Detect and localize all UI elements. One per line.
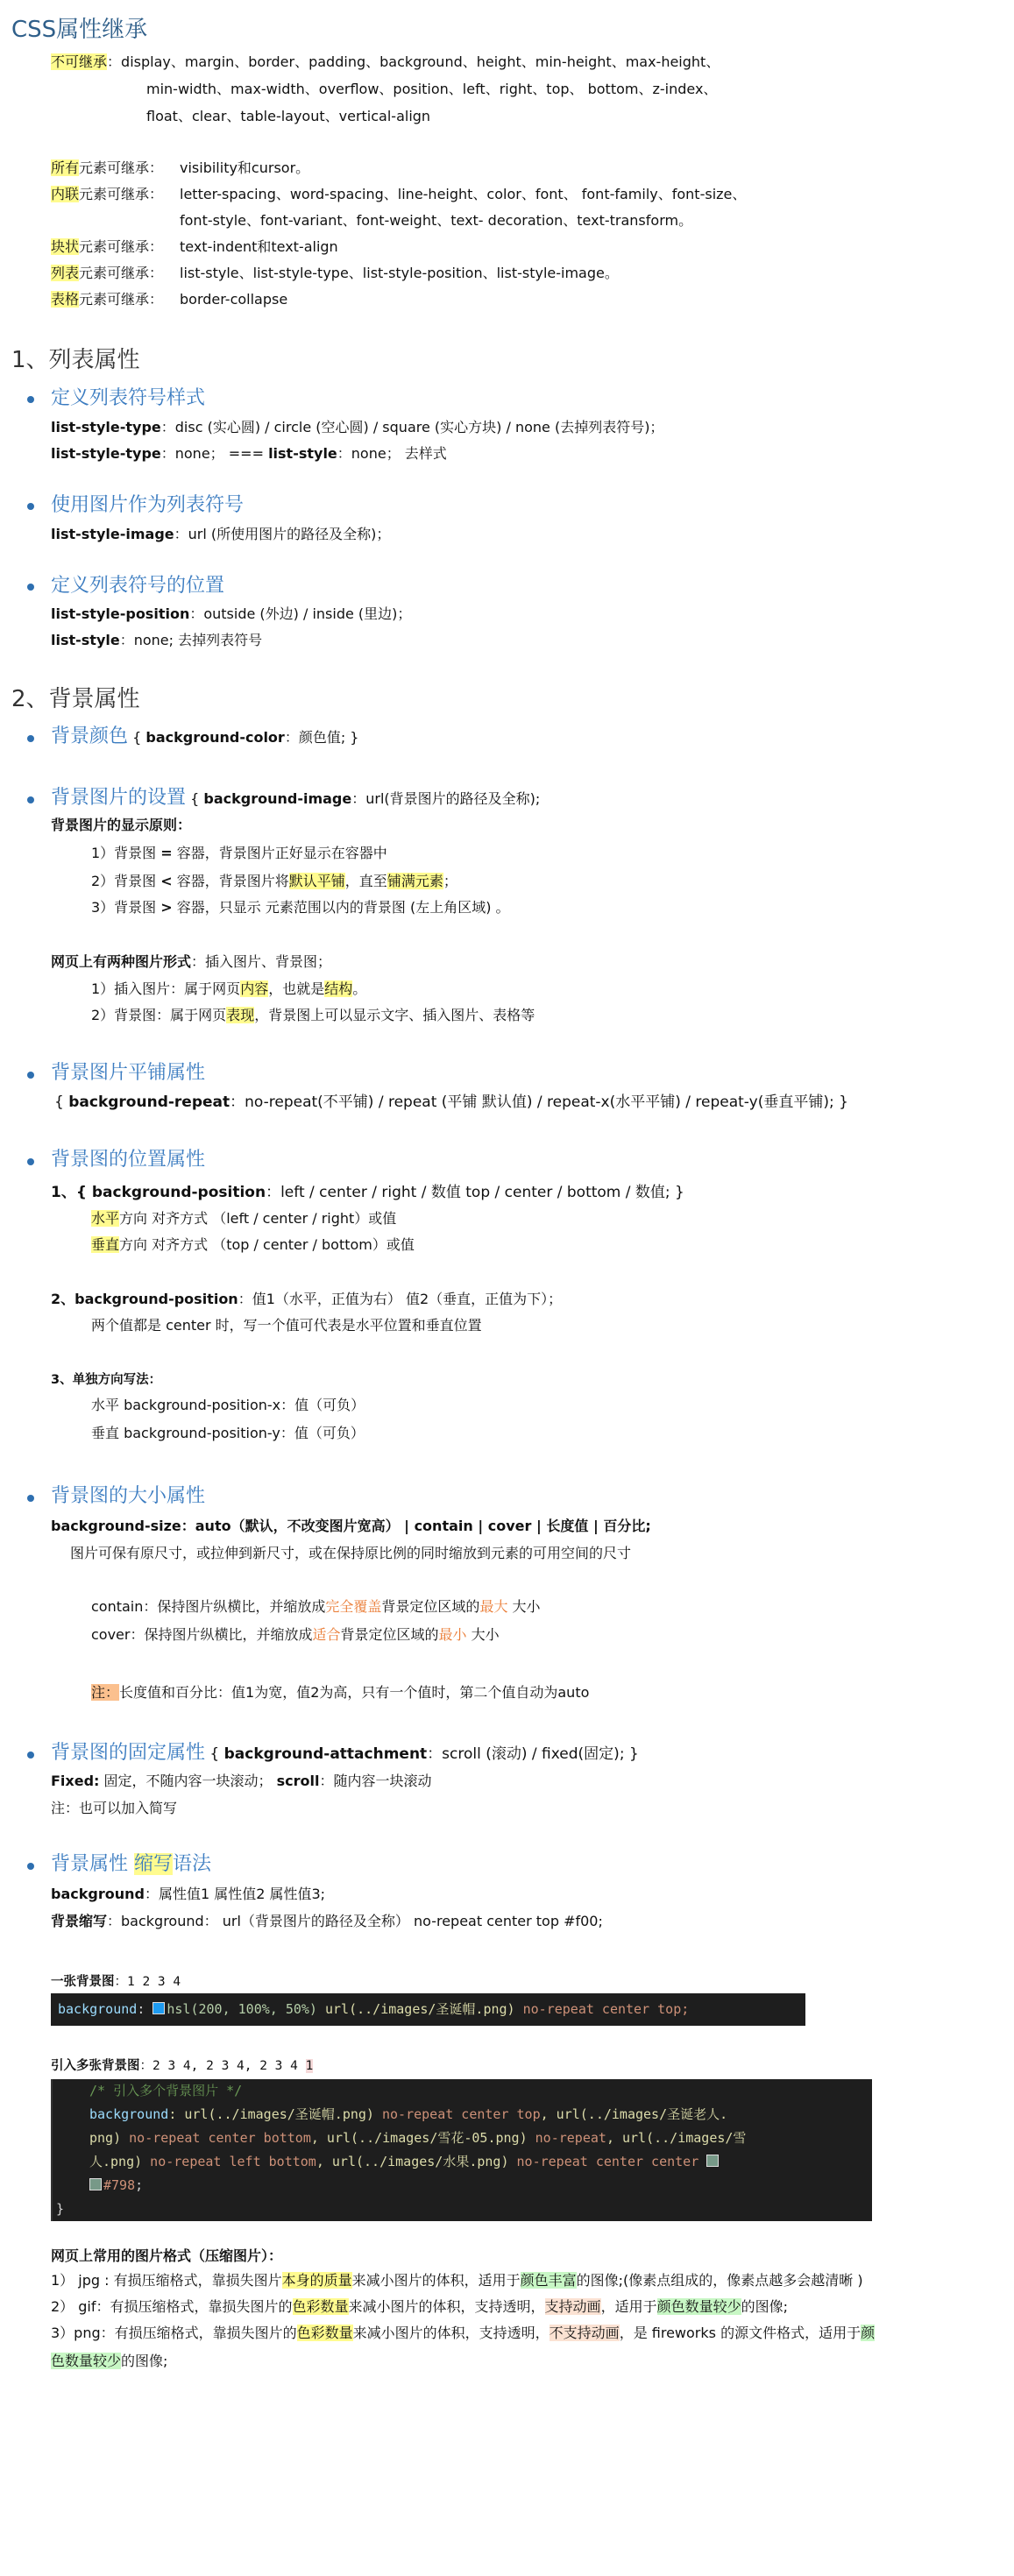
text: 1） jpg : 有损压缩格式，靠损失图片 xyxy=(51,2272,282,2289)
code-block-multi: /* 引入多个背景图片 */ background: url(../images… xyxy=(51,2079,872,2221)
label: 引入多张背景图 xyxy=(51,2059,140,2073)
highlight: 铺满元素 xyxy=(387,873,443,889)
color-swatch-icon xyxy=(706,2155,719,2167)
code-line-4: #798; xyxy=(53,2174,872,2197)
code-url: png) xyxy=(89,2130,121,2146)
label: 元素可继承： xyxy=(79,238,163,255)
property-key: background-position xyxy=(92,1184,266,1201)
not-inherit-line-2: min-width、max-width、overflow、position、le… xyxy=(146,79,717,100)
property-key-2: list-style xyxy=(268,445,337,462)
bg-size-desc: 图片可保有原尺寸，或拉伸到新尺寸，或在保持原比例的同时缩放到元素的可用空间的尺寸 xyxy=(70,1543,631,1564)
highlight: 垂直 xyxy=(91,1236,119,1253)
text: ，适用于 xyxy=(601,2298,657,2315)
text: 语法 xyxy=(173,1853,211,1875)
code-line-3: 人.png) no-repeat left bottom, url(../ima… xyxy=(53,2150,872,2174)
text: 来减小图片的体积，适用于 xyxy=(352,2272,521,2289)
bg-position-line-1: 1、{ background-position：left / center / … xyxy=(51,1182,684,1203)
text: 容器，背景图片将 xyxy=(173,873,289,889)
text: 大小 xyxy=(507,1598,540,1615)
code-url: url(../images/圣诞帽.png) xyxy=(317,2001,515,2017)
highlight: 色数量较少 xyxy=(51,2353,121,2369)
highlight: 不支持动画 xyxy=(550,2325,620,2341)
section-heading-list: 1、列表属性 xyxy=(11,345,140,375)
code-comment: /* 引入多个背景图片 */ xyxy=(89,2083,242,2098)
property-value: ：none; 去掉列表符号 xyxy=(120,632,262,648)
emphasis: 最小 xyxy=(439,1626,467,1643)
scroll-text: ：随内容一块滚动 xyxy=(319,1773,431,1789)
code-line-1: background: url(../images/圣诞帽.png) no-re… xyxy=(53,2103,872,2127)
property-value: ：none； === xyxy=(161,445,268,462)
subheading-bg-color: 背景颜色 xyxy=(51,725,128,747)
code-line-close: } xyxy=(53,2197,872,2221)
hl-label: 内联 xyxy=(51,186,79,202)
bullet-icon xyxy=(27,1072,34,1079)
image-form-1: 1）插入图片：属于网页内容，也就是结构。 xyxy=(91,979,366,1000)
text: ，背景图上可以显示文字、插入图片、表格等 xyxy=(254,1007,535,1023)
inherit-row-inline-value: letter-spacing、word-spacing、line-height、… xyxy=(180,184,746,205)
subheading-list-style-position: 定义列表符号的位置 xyxy=(51,573,224,599)
code-line-comment: /* 引入多个背景图片 */ xyxy=(53,2079,872,2103)
bullet-icon xyxy=(27,396,34,403)
text: 的图像;(像素点组成的，像素点越多会越清晰 ) xyxy=(577,2272,863,2289)
property-value: ：值1（水平，正值为右） 值2（垂直，正值为下）； xyxy=(238,1291,562,1307)
label: 元素可继承： xyxy=(79,186,163,202)
text: 2）背景图：属于网页 xyxy=(91,1007,226,1023)
inherit-row-all-value: visibility和cursor。 xyxy=(180,158,309,179)
highlight: 内容 xyxy=(240,980,268,997)
code-url: 人.png) xyxy=(89,2154,142,2169)
bg-repeat-line: { background-repeat：no-repeat(不平铺) / rep… xyxy=(54,1092,848,1113)
label: 网页上有两种图片形式 xyxy=(51,953,191,970)
text: 2） gif：有损压缩格式，靠损失图片的 xyxy=(51,2298,293,2315)
fixed-text: 固定，不随内容一块滚动； xyxy=(99,1773,276,1789)
highlight: 水平 xyxy=(91,1210,119,1227)
subheading-bg-repeat: 背景图片平铺属性 xyxy=(51,1060,205,1086)
list-style-type-line: list-style-type：disc (实心圆) / circle (空心圆… xyxy=(51,417,663,438)
property-value: ：scroll (滚动) / fixed(固定); } xyxy=(427,1745,639,1763)
property-key: 背景缩写 xyxy=(51,1913,107,1929)
text: 方向 对齐方式 （top / center / bottom）或值 xyxy=(119,1236,415,1253)
code-property: background xyxy=(89,2106,168,2122)
inherit-row-table: 表格元素可继承： xyxy=(51,289,163,310)
fixed-key: Fixed: xyxy=(51,1773,99,1789)
property-value: ：disc (实心圆) / circle (空心圆) / square (实心方… xyxy=(161,419,664,435)
inherit-row-list: 列表元素可继承： xyxy=(51,263,163,284)
not-inherit-line-3: float、clear、table-layout、vertical-align xyxy=(146,106,430,127)
brace: { xyxy=(54,1093,68,1111)
subheading-list-style-image: 使用图片作为列表符号 xyxy=(51,492,244,519)
property-value: ：url (所使用图片的路径及全称)； xyxy=(174,526,391,542)
one-bg-label-line: 一张背景图：1 2 3 4 xyxy=(51,1971,181,1992)
label: 元素可继承： xyxy=(79,265,163,281)
property-value: ：outside (外边) / inside (里边)； xyxy=(189,605,411,622)
label: 一张背景图 xyxy=(51,1975,115,1989)
property-value-2: ：none； 去样式 xyxy=(337,445,447,462)
property-key: list-style-position xyxy=(51,605,189,622)
highlight: 颜色数量较少 xyxy=(657,2298,741,2315)
brace: { xyxy=(128,729,145,746)
bg-position-vertical: 垂直方向 对齐方式 （top / center / bottom）或值 xyxy=(91,1235,415,1256)
note-text: 长度值和百分比：值1为宽，值2为高，只有一个值时，第二个值自动为auto xyxy=(119,1684,589,1701)
text: 背景定位区域的 xyxy=(341,1626,439,1643)
property-key: background-position xyxy=(74,1291,238,1307)
principle-3: 3）背景图 > 容器，只显示 元素范围以内的背景图 (左上角区域) 。 xyxy=(91,897,510,918)
text: 1）背景图 xyxy=(91,845,160,861)
display-principle-label: 背景图片的显示原则： xyxy=(51,815,191,836)
colon: ： xyxy=(107,53,121,70)
image-form-2: 2）背景图：属于网页表现，背景图上可以显示文字、插入图片、表格等 xyxy=(91,1005,535,1026)
principle-2: 2）背景图 < 容器，背景图片将默认平铺，直至铺满元素； xyxy=(91,871,457,892)
code-colon: : xyxy=(137,2001,152,2017)
inherit-row-inline-value-2: font-style、font-variant、font-weight、text… xyxy=(180,210,692,231)
list-style-none-line-2: list-style：none; 去掉列表符号 xyxy=(51,630,262,651)
highlight: 色彩数量 xyxy=(293,2298,349,2315)
highlight: 颜 xyxy=(861,2325,875,2341)
subheading-bg-size: 背景图的大小属性 xyxy=(51,1483,205,1510)
brace: { xyxy=(186,790,203,807)
principle-1: 1）背景图 = 容器，背景图片正好显示在容器中 xyxy=(91,843,387,864)
code-keywords: no-repeat center top; xyxy=(515,2001,690,2017)
code-brace: } xyxy=(56,2201,64,2217)
highlight: 颜色丰富 xyxy=(521,2272,577,2289)
format-jpg: 1） jpg : 有损压缩格式，靠损失图片本身的质量来减小图片的体积，适用于颜色… xyxy=(51,2270,863,2291)
hl-label: 块状 xyxy=(51,238,79,255)
highlight: 结构 xyxy=(324,980,352,997)
code-url: : url(../images/圣诞帽.png) xyxy=(168,2106,374,2122)
format-png: 3）png：有损压缩格式，靠损失图片的色彩数量来减小图片的体积，支持透明，不支持… xyxy=(51,2323,875,2344)
highlight: 本身的质量 xyxy=(282,2272,352,2289)
property-value: ：left / center / right / 数值 top / center… xyxy=(266,1184,684,1201)
property-key: background-image xyxy=(203,790,351,807)
multi-bg-label-line: 引入多张背景图：2 3 4, 2 3 4, 2 3 4 1 xyxy=(51,2056,313,2077)
property-value: ：url(背景图片的路径及全称); xyxy=(351,790,540,807)
text: 1）插入图片：属于网页 xyxy=(91,980,240,997)
inherit-row-inline: 内联元素可继承： xyxy=(51,184,163,205)
emphasis: 完全覆盖 xyxy=(325,1598,381,1615)
label: 元素可继承： xyxy=(79,159,163,176)
section-heading-background: 2、背景属性 xyxy=(11,684,140,714)
not-inherit-value: display、margin、border、padding、background… xyxy=(121,53,720,70)
property-key: background-repeat xyxy=(68,1093,230,1111)
bg-size-contain: contain：保持图片纵横比，并缩放成完全覆盖背景定位区域的最大 大小 xyxy=(91,1596,541,1617)
text: 背景定位区域的 xyxy=(381,1598,479,1615)
bg-position-y: 垂直 background-position-y：值（可负） xyxy=(91,1423,365,1444)
bg-position-line-3: 3、单独方向写法： xyxy=(51,1369,161,1391)
order-numbers: ：2 3 4, 2 3 4, 2 3 4 xyxy=(140,2059,306,2073)
operator: > xyxy=(160,899,172,916)
text: 背景属性 xyxy=(51,1853,134,1875)
bg-position-horizontal: 水平方向 对齐方式 （left / center / right）或值 xyxy=(91,1208,396,1229)
bullet-icon xyxy=(27,796,34,803)
property-value: ：no-repeat(不平铺) / repeat (平铺 默认值) / repe… xyxy=(230,1093,848,1111)
text: 3）png：有损压缩格式，靠损失图片的 xyxy=(51,2325,297,2341)
operator: = xyxy=(160,845,172,861)
color-swatch-icon xyxy=(89,2178,102,2190)
bg-attachment-note: 注：也可以加入简写 xyxy=(51,1798,177,1819)
code-keywords: no-repeat center top xyxy=(374,2106,541,2122)
highlight: 表现 xyxy=(226,1007,254,1023)
bullet-icon xyxy=(27,503,34,510)
code-keywords: no-repeat center center xyxy=(509,2154,707,2169)
bullet-icon xyxy=(27,584,34,591)
bg-color-line: 背景颜色 { background-color：颜色值; } xyxy=(51,724,358,751)
highlight: 支持动画 xyxy=(545,2298,601,2315)
text: 来减小图片的体积，支持透明， xyxy=(353,2325,550,2341)
color-swatch-icon xyxy=(152,2002,165,2014)
property-key: background xyxy=(51,1886,145,1902)
code-url: , url(../images/圣诞老人. xyxy=(541,2106,728,2122)
text: contain：保持图片纵横比，并缩放成 xyxy=(91,1598,325,1615)
code-url: , url(../images/雪花-05.png) xyxy=(311,2130,528,2146)
text: 的图像; xyxy=(121,2353,167,2369)
code-color: hsl(200, 100%, 50%) xyxy=(167,2001,317,2017)
bg-attachment-line: 背景图的固定属性 { background-attachment：scroll … xyxy=(51,1740,639,1767)
page-title: CSS属性继承 xyxy=(11,15,147,45)
code-url: , url(../images/雪 xyxy=(606,2130,747,2146)
code-keywords: no-repeat xyxy=(528,2130,606,2146)
bg-shorthand-line-2: 背景缩写：background： url（背景图片的路径及全称） no-repe… xyxy=(51,1911,603,1932)
property-key: background-color xyxy=(145,729,284,746)
bg-position-line-2: 2、background-position：值1（水平，正值为右） 值2（垂直，… xyxy=(51,1289,562,1310)
property-value: ：background： url（背景图片的路径及全称） no-repeat c… xyxy=(107,1913,603,1929)
bg-attachment-desc: Fixed: 固定，不随内容一块滚动； scroll：随内容一块滚动 xyxy=(51,1771,432,1792)
bg-image-line: 背景图片的设置 { background-image：url(背景图片的路径及全… xyxy=(51,785,540,812)
bullet-icon xyxy=(27,1158,34,1165)
bullet-icon xyxy=(27,1863,34,1870)
image-forms-line: 网页上有两种图片形式：插入图片、背景图； xyxy=(51,952,331,973)
inherit-row-list-value: list-style、list-style-type、list-style-po… xyxy=(180,263,619,284)
text: 容器，背景图片正好显示在容器中 xyxy=(173,845,387,861)
list-style-none-line: list-style-type：none； === list-style：non… xyxy=(51,443,447,464)
brace: { xyxy=(205,1745,224,1763)
code-color: #798 xyxy=(103,2177,135,2193)
inherit-row-all: 所有元素可继承： xyxy=(51,158,163,179)
bg-size-syntax: background-size：auto（默认，不改变图片宽高） | conta… xyxy=(51,1516,651,1537)
property-key: list-style-type xyxy=(51,445,161,462)
note-label: 注： xyxy=(91,1684,119,1701)
text: 3）背景图 xyxy=(91,899,160,916)
image-formats-label: 网页上常用的图片格式（压缩图片）： xyxy=(51,2246,282,2267)
not-inherit-line: 不可继承：display、margin、border、padding、backg… xyxy=(51,52,720,73)
bg-position-x: 水平 background-position-x：值（可负） xyxy=(91,1395,365,1416)
operator: < xyxy=(160,873,172,889)
bg-position-note: 两个值都是 center 时，写一个值可代表是水平位置和垂直位置 xyxy=(91,1315,482,1336)
label: 元素可继承： xyxy=(79,291,163,308)
property-key: list-style-type xyxy=(51,419,161,435)
bullet-icon xyxy=(27,735,34,742)
text: ：插入图片、背景图； xyxy=(191,953,331,970)
subheading-bg-attachment: 背景图的固定属性 xyxy=(51,1742,205,1764)
bg-size-cover: cover：保持图片纵横比，并缩放成适合背景定位区域的最小 大小 xyxy=(91,1624,500,1645)
subheading-list-style-type: 定义列表符号样式 xyxy=(51,386,205,412)
hl-label: 所有 xyxy=(51,159,79,176)
inherit-row-table-value: border-collapse xyxy=(180,289,287,310)
bg-shorthand-line-1: background：属性值1 属性值2 属性值3; xyxy=(51,1884,325,1905)
property-value: ：颜色值; } xyxy=(285,729,359,746)
text: ； xyxy=(443,873,457,889)
emphasis: 适合 xyxy=(312,1626,340,1643)
highlight: 默认平铺 xyxy=(289,873,345,889)
text: 大小 xyxy=(467,1626,500,1643)
text: 的图像; xyxy=(741,2298,788,2315)
text: 来减小图片的体积，支持透明， xyxy=(349,2298,545,2315)
subheading-bg-shorthand: 背景属性 缩写语法 xyxy=(51,1851,211,1878)
text: 方向 对齐方式 （left / center / right）或值 xyxy=(119,1210,396,1227)
text: ，直至 xyxy=(345,873,387,889)
inherit-row-block: 块状元素可继承： xyxy=(51,237,163,258)
hl-label: 表格 xyxy=(51,291,79,308)
prefix: 1、{ xyxy=(51,1184,92,1201)
format-png-cont: 色数量较少的图像; xyxy=(51,2351,167,2372)
text: cover：保持图片纵横比，并缩放成 xyxy=(91,1626,312,1643)
format-gif: 2） gif：有损压缩格式，靠损失图片的色彩数量来减小图片的体积，支持透明，支持… xyxy=(51,2296,788,2318)
text: ，是 fireworks 的源文件格式，适用于 xyxy=(620,2325,861,2341)
bullet-icon xyxy=(27,1495,34,1502)
list-style-position-line: list-style-position：outside (外边) / insid… xyxy=(51,604,411,625)
property-key: list-style xyxy=(51,632,120,648)
highlight: 色彩数量 xyxy=(297,2325,353,2341)
code-line-2: png) no-repeat center bottom, url(../ima… xyxy=(53,2127,872,2150)
text: 容器，只显示 元素范围以内的背景图 (左上角区域) 。 xyxy=(173,899,510,916)
highlight: 1 xyxy=(306,2059,314,2073)
bullet-icon xyxy=(27,1752,34,1759)
not-inherit-label: 不可继承 xyxy=(51,53,107,70)
subheading-bg-position: 背景图的位置属性 xyxy=(51,1147,205,1173)
bg-size-note: 注：长度值和百分比：值1为宽，值2为高，只有一个值时，第二个值自动为auto xyxy=(91,1682,589,1703)
code-url: , url(../images/水果.png) xyxy=(316,2154,509,2169)
text: ，也就是 xyxy=(268,980,324,997)
property-value: ：属性值1 属性值2 属性值3; xyxy=(145,1886,325,1902)
code-property: background xyxy=(58,2001,137,2017)
code-keywords: no-repeat center bottom xyxy=(121,2130,311,2146)
order-numbers: ：1 2 3 4 xyxy=(115,1975,181,1989)
list-style-image-line: list-style-image：url (所使用图片的路径及全称)； xyxy=(51,524,390,545)
scroll-key: scroll xyxy=(277,1773,320,1789)
text: 。 xyxy=(352,980,366,997)
emphasis: 最大 xyxy=(479,1598,507,1615)
hl-label: 列表 xyxy=(51,265,79,281)
highlight: 缩写 xyxy=(134,1853,173,1875)
text: 2）背景图 xyxy=(91,873,160,889)
property-key: list-style-image xyxy=(51,526,174,542)
property-key: background-attachment xyxy=(224,1745,428,1763)
inherit-row-block-value: text-indent和text-align xyxy=(180,237,338,258)
prefix: 2、 xyxy=(51,1291,74,1307)
subheading-bg-image: 背景图片的设置 xyxy=(51,787,186,809)
code-block-single: background: hsl(200, 100%, 50%) url(../i… xyxy=(51,1993,805,2026)
code-keywords: no-repeat left bottom xyxy=(142,2154,316,2169)
code-semicolon: ; xyxy=(135,2177,143,2193)
